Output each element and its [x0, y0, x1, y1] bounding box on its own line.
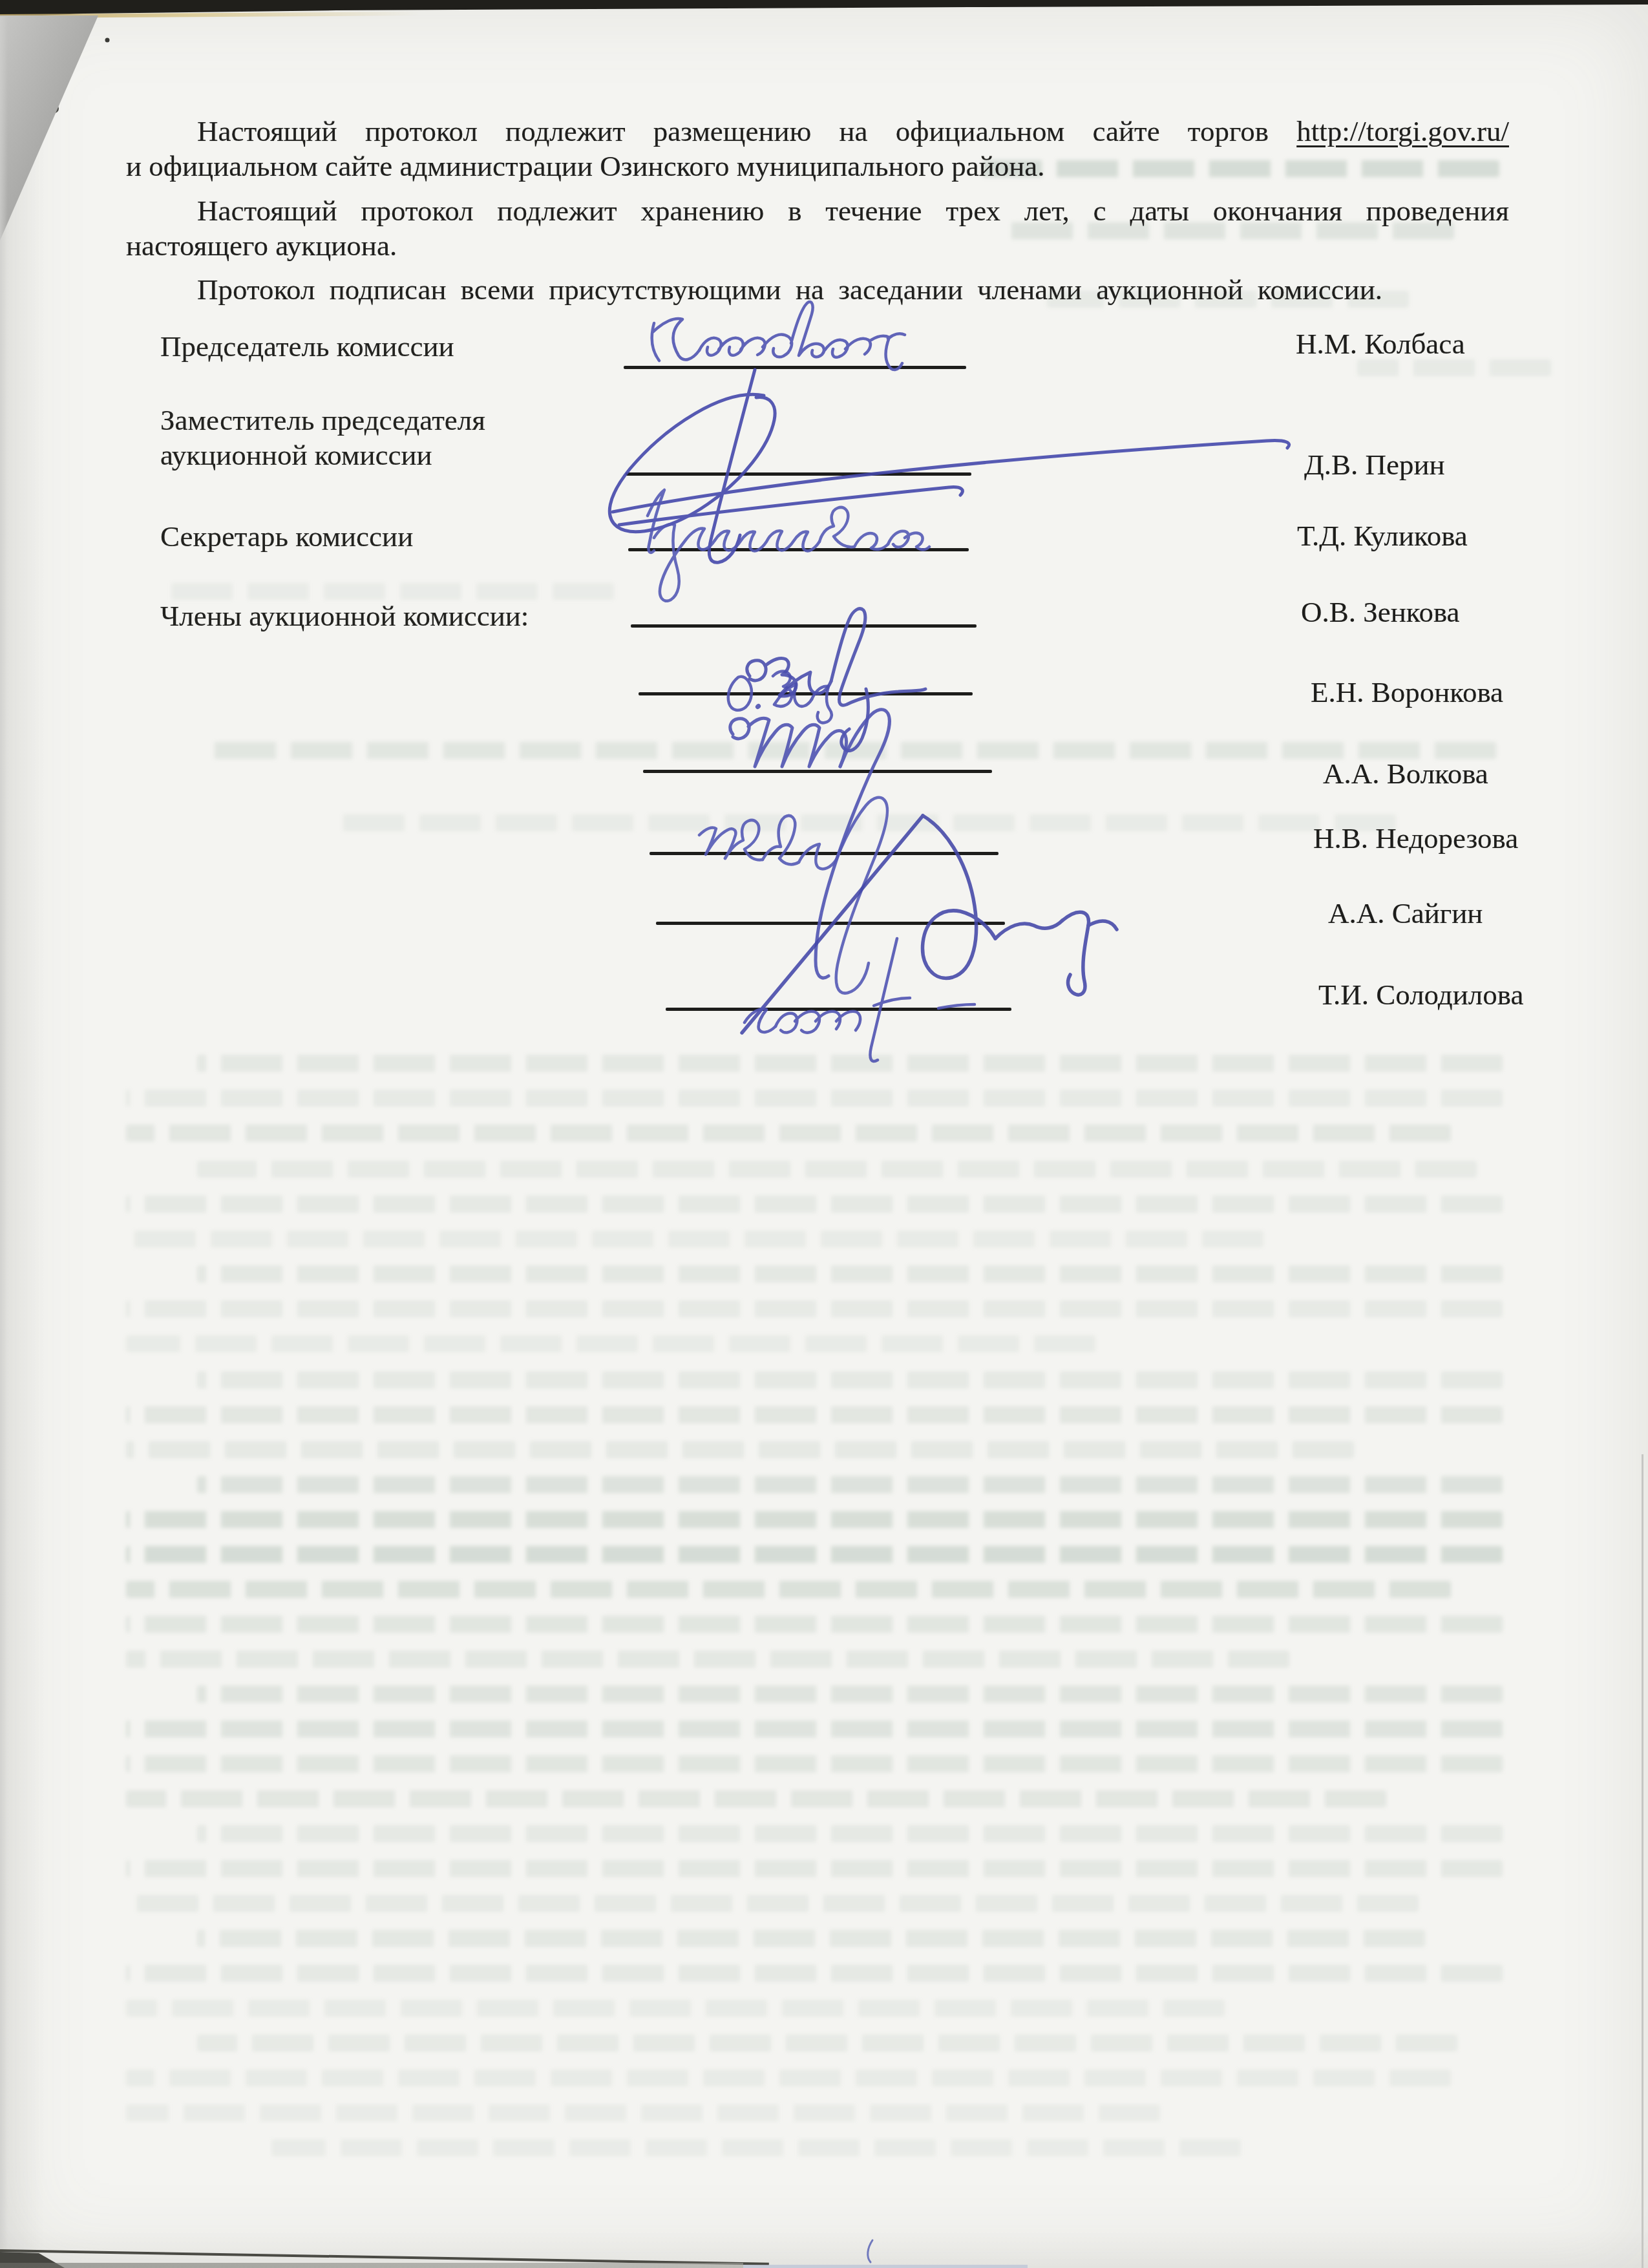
paragraph-text: Настоящий протокол подлежит размещению н…: [197, 115, 1296, 147]
signature-line: [650, 852, 998, 855]
role-label-secretary: Секретарь комиссии: [160, 519, 651, 554]
signer-name-solodilova: Т.И. Солодилова: [1318, 979, 1523, 1011]
role-label-chairman: Председатель комиссии: [160, 329, 651, 364]
signer-name-voronkova: Е.Н. Воронкова: [1311, 676, 1503, 708]
signature-line: [626, 472, 971, 476]
signer-name-saygin: А.А. Сайгин: [1328, 897, 1483, 929]
signature-line: [639, 692, 973, 695]
paragraph-publication-line2: и официальном сайте администрации Озинск…: [126, 149, 1509, 184]
signer-name-kulikova: Т.Д. Куликова: [1297, 520, 1468, 552]
scanned-protocol-page: Настоящий протокол подлежит размещению н…: [0, 0, 1648, 2268]
signer-name-perin: Д.В. Перин: [1304, 449, 1445, 481]
signature-line: [624, 366, 966, 369]
signer-name-nedorezova: Н.В. Недорезова: [1313, 822, 1518, 854]
paragraph-signed: Протокол подписан всеми присутствующими …: [126, 272, 1509, 307]
signer-name-zenkova: О.В. Зенкова: [1301, 596, 1460, 628]
paragraph-storage-line2: настоящего аукциона.: [126, 228, 1509, 263]
role-label-deputy: Заместитель председателя аукционной коми…: [160, 403, 613, 472]
signature-line: [631, 624, 977, 628]
signature-line: [656, 922, 1005, 925]
role-label-members: Члены аукционной комиссии:: [160, 599, 677, 633]
document-text-layer: Настоящий протокол подлежит размещению н…: [0, 0, 1648, 2268]
paragraph-publication-line1: Настоящий протокол подлежит размещению н…: [126, 114, 1509, 149]
signature-line: [628, 548, 969, 551]
paragraph-storage-line1: Настоящий протокол подлежит хранению в т…: [126, 193, 1509, 228]
signer-name-volkova: А.А. Волкова: [1323, 758, 1488, 790]
signer-name-kolbasa: Н.М. Колбаса: [1296, 328, 1465, 360]
signature-line: [666, 1008, 1011, 1011]
torgi-url-link[interactable]: http://torgi.gov.ru/: [1296, 115, 1509, 147]
signature-line: [643, 770, 992, 773]
